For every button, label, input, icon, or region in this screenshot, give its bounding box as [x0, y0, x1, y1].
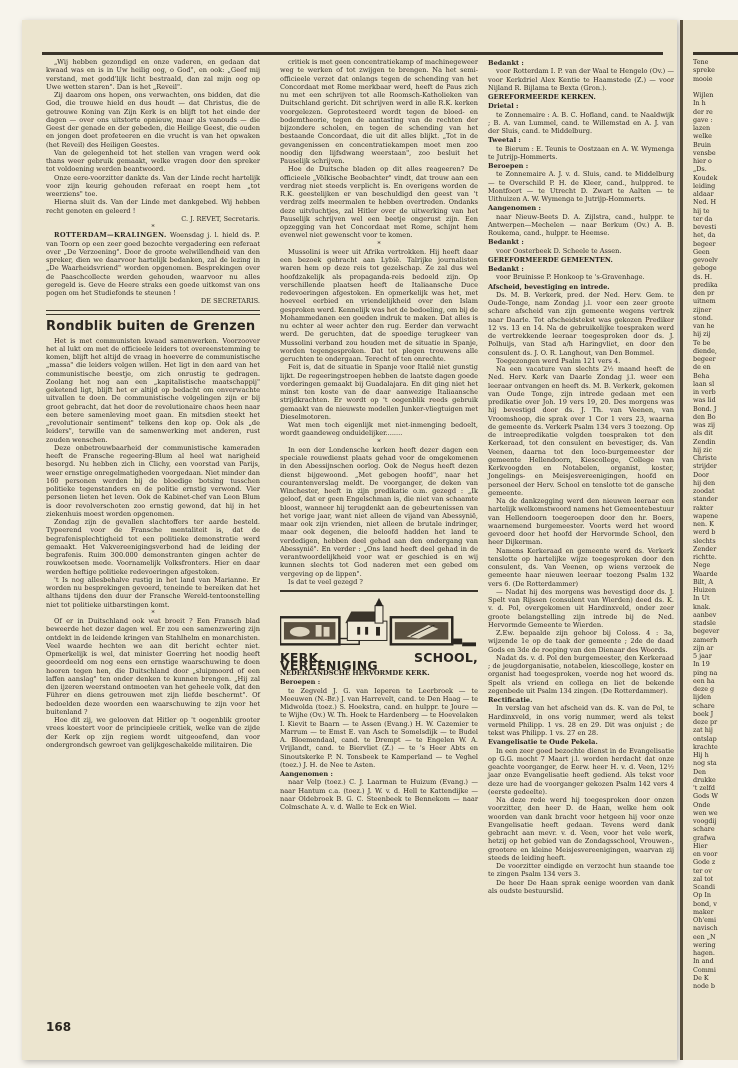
fragment-line: 5 jaar	[693, 652, 738, 660]
next-page-text-fragment: Tenesprekemooie WijlenIn hder regave :la…	[693, 58, 738, 990]
subsection-text: te Bierum : E. Teunis te Oostzaan en A. …	[488, 145, 674, 162]
paragraph: Zij daarom ons hopen, ons verwachten, on…	[46, 91, 260, 149]
rectificatie-text: In verslag van het afscheid van ds. K. v…	[488, 704, 674, 737]
kerk-school-banner: KERK, SCHOOL, VEREENIGING	[280, 596, 478, 666]
fragment-line: wen we	[693, 809, 738, 817]
top-rule	[42, 52, 663, 55]
fragment-line: In Ut	[693, 594, 738, 602]
fragment-line: welke	[693, 132, 738, 140]
paragraph: Ds. M. B. Verkerk, pred. der Ned. Herv. …	[488, 291, 674, 357]
fragment-line: ping na	[693, 669, 738, 677]
rotterdam-report: ROTTERDAM—KRALINGEN. Woensdag j. l. hiel…	[46, 231, 260, 297]
fragment-line: hier o	[693, 157, 738, 165]
subsection-label: Beroepen :	[488, 162, 674, 170]
fragment-line: De K	[693, 974, 738, 982]
aangenomen-label: Aangenomen :	[280, 770, 478, 778]
paragraph: Wat men toch eigenlijk met niet-inmengin…	[280, 421, 478, 438]
paragraph: 't Is nog allesbehalve rustig in het lan…	[46, 576, 260, 609]
fragment-line: ds. H.	[693, 273, 738, 281]
fragment-line: richtte.	[693, 553, 738, 561]
paragraph: Na de dankzegging werd den nieuwen leera…	[488, 497, 674, 547]
section-rule	[46, 310, 260, 315]
fragment-line: mooie	[693, 75, 738, 83]
paragraph: Z.Ew. bepaalde zijn gehoor bij Coloss. 4…	[488, 629, 674, 654]
fragment-line: In 19	[693, 660, 738, 668]
fragment-line: Hij h	[693, 751, 738, 759]
column-2: critiek is met geen concentratiekamp of …	[280, 58, 478, 811]
fragment-line: Waarde	[693, 570, 738, 578]
paragraph: „Wij hebben gezondigd en onze vaderen, e…	[46, 58, 260, 91]
paragraph: In een zeer goed bezochte dienst in de E…	[488, 747, 674, 797]
fragment-line: begeer	[693, 240, 738, 248]
paragraph: Na deze rede werd hij toegesproken door …	[488, 796, 674, 862]
subsection-text: voor Rotterdam I. P. van der Waal te Hen…	[488, 67, 674, 92]
fragment-line: ter ov	[693, 867, 738, 875]
fragment-line: boek J	[693, 710, 738, 718]
beroepen-label: Beroepen :	[280, 678, 478, 686]
fragment-line: lazen	[693, 124, 738, 132]
subsection-label: Bedankt :	[488, 265, 674, 273]
fragment-line: hagen.	[693, 949, 738, 957]
fragment-line: krachte	[693, 743, 738, 751]
fragment-line: strijder	[693, 462, 738, 470]
divider-star: *	[46, 223, 260, 231]
fragment-line: Door	[693, 471, 738, 479]
rotterdam-lead: ROTTERDAM—KRALINGEN.	[54, 231, 167, 239]
paragraph: Hoe de Duitsche bladen op dit alles reag…	[280, 165, 478, 239]
fragment-line: werd b	[693, 528, 738, 536]
paragraph: Deze onbetrouwbaarheid der communistisch…	[46, 444, 260, 518]
paragraph: Is dat te veel gezegd ?	[280, 578, 478, 586]
fragment-line: als dit	[693, 429, 738, 437]
fragment-line: predika	[693, 281, 738, 289]
fragment-line: Bruin	[693, 141, 738, 149]
fragment-line: den pr	[693, 289, 738, 297]
fragment-line: 't zelfd	[693, 784, 738, 792]
fragment-line: nen. K	[693, 520, 738, 528]
fragment-line: grafwa	[693, 834, 738, 842]
subsection-text: naar Nieuw-Beets D. A. Zijlstra, cand., …	[488, 213, 674, 238]
fragment-line: stadsle	[693, 619, 738, 627]
fragment-line: bond, v	[693, 900, 738, 908]
fragment-line: de en	[693, 363, 738, 371]
fragment-line: leiding	[693, 182, 738, 190]
fragment-line: Tene	[693, 58, 738, 66]
fragment-line: In and	[693, 957, 738, 965]
fragment-line: Geen	[693, 248, 738, 256]
fragment-line: bevesti	[693, 223, 738, 231]
signature-revet: C. J. REVET, Secretaris.	[46, 215, 260, 223]
fragment-line: den Bo	[693, 413, 738, 421]
fragment-line: was zij	[693, 421, 738, 429]
fragment-line: drukke	[693, 776, 738, 784]
subsection-label: Tweetal :	[488, 136, 674, 144]
fragment-line: Wijlen	[693, 91, 738, 99]
divider-star: *	[280, 438, 478, 446]
fragment-line: vensbe	[693, 149, 738, 157]
fragment-line: ontslap	[693, 735, 738, 743]
fragment-line: Beha	[693, 372, 738, 380]
fragment-line: zal tot	[693, 875, 738, 883]
fragment-line: Bond. J	[693, 405, 738, 413]
subsection-label: Drietal :	[488, 102, 674, 110]
fragment-line: zat hij	[693, 726, 738, 734]
fragment-line: Oh'emi	[693, 916, 738, 924]
paragraph: Nadat ds. v. d. Pol den burgemeester, de…	[488, 654, 674, 695]
divider-star: *	[280, 240, 478, 248]
paragraph: Zondag zijn de gevallen slachtoffers ter…	[46, 518, 260, 576]
fragment-line: begever	[693, 627, 738, 635]
fragment-line: laan sl	[693, 380, 738, 388]
subsection-text: te Zonnemaire A. J. v. d. Sluis, cand. t…	[488, 170, 674, 203]
fragment-line: navisch	[693, 924, 738, 932]
fragment-line: Onde	[693, 801, 738, 809]
next-page-edge: Tenesprekemooie WijlenIn hder regave :la…	[680, 20, 738, 1060]
fragment-line: knak.	[693, 603, 738, 611]
rectificatie-label: Rectificatie.	[488, 696, 674, 704]
column-1: „Wij hebben gezondigd en onze vaderen, e…	[46, 58, 260, 749]
fragment-line: Zendin	[693, 438, 738, 446]
fragment-line: Te be	[693, 339, 738, 347]
fragment-line: schare	[693, 702, 738, 710]
fragment-line: hij te	[693, 207, 738, 215]
paragraph: Feit is, dat de situatie in Spanje voor …	[280, 363, 478, 421]
fragment-line	[693, 83, 738, 91]
section-rule	[280, 590, 478, 592]
fragment-line: maker	[693, 908, 738, 916]
fragment-line: wapene	[693, 512, 738, 520]
fragment-line: stond.	[693, 314, 738, 322]
paragraph: Mussolini is weer uit Afrika vertrokken.…	[280, 248, 478, 364]
fragment-line: wering	[693, 941, 738, 949]
fragment-line: nog sta	[693, 759, 738, 767]
fragment-line: Nege	[693, 561, 738, 569]
paragraph: Na een vacature van slechts 2½ maand hee…	[488, 365, 674, 497]
subsection-label: Afscheid, bevestiging en intrede.	[488, 283, 674, 291]
page-number: 168	[46, 1020, 71, 1034]
subsection-label: Bedankt :	[488, 59, 674, 67]
fragment-line: gave :	[693, 116, 738, 124]
newspaper-page: „Wij hebben gezondigd en onze vaderen, e…	[22, 20, 677, 1060]
fragment-line: Scandi	[693, 883, 738, 891]
paragraph: In een der Londensche kerken heeft dezer…	[280, 446, 478, 578]
fragment-line: zijner	[693, 306, 738, 314]
fragment-line: der re	[693, 108, 738, 116]
fragment-line: deze g	[693, 685, 738, 693]
fragment-line: node b	[693, 982, 738, 990]
fragment-line: geboge	[693, 264, 738, 272]
paragraph: Van de gelegenheid tot het stellen van v…	[46, 149, 260, 174]
fragment-line: Op In	[693, 891, 738, 899]
fragment-line: begeer	[693, 355, 738, 363]
subsection-label: Aangenomen :	[488, 204, 674, 212]
fragment-line: een „N	[693, 933, 738, 941]
fragment-line: Zender	[693, 545, 738, 553]
fragment-line: Koudek	[693, 174, 738, 182]
fragment-line: Christe	[693, 454, 738, 462]
fragment-line: lijden	[693, 693, 738, 701]
fragment-line: hij zij	[693, 330, 738, 338]
fragment-line: Den	[693, 768, 738, 776]
fragment-line: in verb	[693, 388, 738, 396]
fragment-line: ter da	[693, 215, 738, 223]
fragment-line: Huizen	[693, 586, 738, 594]
fragment-line: Gode z	[693, 858, 738, 866]
subsection-label: Bedankt :	[488, 238, 674, 246]
paragraph: Hierna sluit ds. Van der Linde met dankg…	[46, 198, 260, 215]
church-heading: GEREFORMEERDE KERKEN.	[488, 93, 674, 101]
church-heading: GEREFORMEERDE GEMEENTEN.	[488, 256, 674, 264]
fragment-line: spreke	[693, 66, 738, 74]
fragment-line: voogdij	[693, 817, 738, 825]
paragraph: Namens Kerkeraad en gemeente werd ds. Ve…	[488, 547, 674, 588]
beroepen-list: te Zegveld J. G. van Ieperen te Leerbroe…	[280, 687, 478, 770]
fragment-line: aanbev	[693, 611, 738, 619]
fragment-line: aldaar	[693, 190, 738, 198]
fragment-line: gevoelv	[693, 256, 738, 264]
divider-star: *	[46, 609, 260, 617]
fragment-line: zoodat	[693, 487, 738, 495]
headline-rondblik: Rondblik buiten de Grenzen	[46, 319, 260, 335]
paragraph: critiek is met geen concentratiekamp of …	[280, 58, 478, 165]
paragraph: De heer De Haan sprak eenige woorden van…	[488, 879, 674, 896]
fragment-line: Bilt, A	[693, 578, 738, 586]
fragment-line: het, da	[693, 231, 738, 239]
paragraph: Of er in Duitschland ook wat broeit ? Ee…	[46, 617, 260, 716]
fragment-line: Commi	[693, 966, 738, 974]
fragment-line: stander	[693, 495, 738, 503]
fragment-line: en voor	[693, 850, 738, 858]
fragment-line: een ha	[693, 677, 738, 685]
fragment-line: zamerh	[693, 636, 738, 644]
section-title-kerk-school: KERK, SCHOOL, VEREENIGING	[280, 654, 478, 671]
fragment-line: was lid	[693, 396, 738, 404]
evangelisatie-label: Evangelisatie te Oude Pekela.	[488, 738, 674, 746]
fragment-line: van he	[693, 322, 738, 330]
fragment-line: diende,	[693, 347, 738, 355]
fragment-line: rakter	[693, 504, 738, 512]
fragment-line: In h	[693, 99, 738, 107]
subsection-text: voor Oosterbeek D. Scheele te Assen.	[488, 247, 674, 255]
fragment-line: zijn ar	[693, 644, 738, 652]
fragment-line: hij zic	[693, 446, 738, 454]
fragment-line: hij den	[693, 479, 738, 487]
column-3: Bedankt :voor Rotterdam I. P. van der Wa…	[488, 58, 674, 895]
fragment-line: Ned. H	[693, 198, 738, 206]
fragment-line: Gods W	[693, 792, 738, 800]
paragraph: Toegezongen werd Psalm 121 vers 4.	[488, 357, 674, 365]
church-school-illustration-icon	[280, 596, 478, 654]
fragment-line: deze pr	[693, 718, 738, 726]
fragment-line: „Ds.	[693, 165, 738, 173]
fragment-line: Hier	[693, 842, 738, 850]
paragraph: Hoe dit zij, we gelooven dat Hitler op '…	[46, 716, 260, 749]
paragraph: Het is met communisten kwaad samenwerken…	[46, 337, 260, 444]
next-page-rule	[693, 52, 738, 55]
paragraph: Onze eere-voorzitter dankte ds. Van der …	[46, 174, 260, 199]
fragment-line: uitnem	[693, 297, 738, 305]
subsection-text: te Zonnemaire : A. B. C. Hofland, cand. …	[488, 111, 674, 136]
signature-secretaris: DE SECRETARIS.	[46, 297, 260, 305]
paragraph: — Nadat hij des morgens was bevestigd do…	[488, 588, 674, 629]
paragraph: De voorzitter eindigde en verzocht hun s…	[488, 862, 674, 879]
fragment-line: slechts	[693, 537, 738, 545]
subsection-text: voor Bruinisse P. Honkoop te 's-Gravenha…	[488, 273, 674, 281]
aangenomen-list: naar Velp (toez.) C. J. Laarman te Huizu…	[280, 778, 478, 811]
fragment-line: schare	[693, 825, 738, 833]
